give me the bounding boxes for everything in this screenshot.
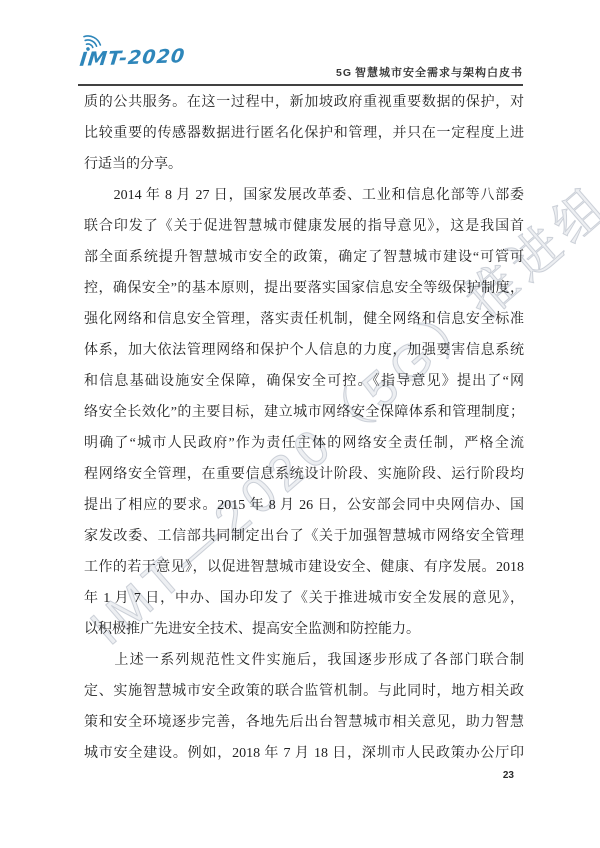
document-page: IMT—2020（5G）推进组 IMT-2020 5G智慧城市安全需求与架构白皮… — [0, 0, 600, 848]
text-line: 工作的若干意见》，以促进智慧城市建设安全、健康、有序发展。2018 — [84, 552, 524, 583]
logo-text: IMT-2020 — [79, 45, 187, 71]
text-line: 提出了相应的要求。2015 年 8 月 26 日，公安部会同中央网信办、国 — [84, 490, 524, 521]
text-line: 家发改委、工信部共同制定出台了《关于加强智慧城市网络安全管理 — [84, 521, 524, 552]
text-line: 联合印发了《关于促进智慧城市健康发展的指导意见》，这是我国首 — [84, 211, 524, 242]
text-line: 比较重要的传感器数据进行匿名化保护和管理，并只在一定程度上进 — [84, 118, 524, 149]
text-line: 策和安全环境逐步完善，各地先后出台智慧城市相关意见，助力智慧 — [84, 707, 524, 738]
text-line: 体系，加大依法管理网络和保护个人信息的力度，加强要害信息系统 — [84, 335, 524, 366]
text-line: 部全面系统提升智慧城市安全的政策，确定了智慧城市建设“可管可 — [84, 242, 524, 273]
text-line: 2014 年 8 月 27 日，国家发展改革委、工业和信息化部等八部委 — [84, 180, 524, 211]
page-number: 23 — [503, 770, 514, 781]
text-line: 质的公共服务。在这一过程中，新加坡政府重视重要数据的保护，对 — [84, 87, 524, 118]
text-line: 定、实施智慧城市安全政策的联合监管机制。与此同时，地方相关政 — [84, 676, 524, 707]
doc-title: 5G智慧城市安全需求与架构白皮书 — [336, 64, 523, 80]
text-line: 和信息基础设施安全保障，确保安全可控。《指导意见》提出了“网 — [84, 366, 524, 397]
text-line: 以积极推广先进安全技术、提高安全监测和防控能力。 — [84, 614, 524, 645]
text-line: 上述一系列规范性文件实施后，我国逐步形成了各部门联合制 — [84, 645, 524, 676]
text-line: 控，确保安全”的基本原则，提出要落实国家信息安全等级保护制度， — [84, 273, 524, 304]
text-line: 年 1 月 7 日，中办、国办印发了《关于推进城市安全发展的意见》， — [84, 583, 524, 614]
text-line: 络安全长效化”的主要目标，建立城市网络安全保障体系和管理制度； — [84, 397, 524, 428]
doc-title-prefix: 5G — [336, 67, 352, 79]
text-line: 行适当的分享。 — [84, 149, 524, 180]
text-line: 城市安全建设。例如，2018 年 7 月 18 日，深圳市人民政策办公厅印 — [84, 738, 524, 769]
header-rule — [78, 84, 523, 86]
doc-title-text: 智慧城市安全需求与架构白皮书 — [355, 67, 523, 79]
text-line: 强化网络和信息安全管理，落实责任机制，健全网络和信息安全标准 — [84, 304, 524, 335]
body-text: 质的公共服务。在这一过程中，新加坡政府重视重要数据的保护，对比较重要的传感器数据… — [84, 87, 524, 769]
text-line: 明确了“城市人民政府”作为责任主体的网络安全责任制，严格全流 — [84, 428, 524, 459]
text-line: 程网络安全管理，在重要信息系统设计阶段、实施阶段、运行阶段均 — [84, 459, 524, 490]
